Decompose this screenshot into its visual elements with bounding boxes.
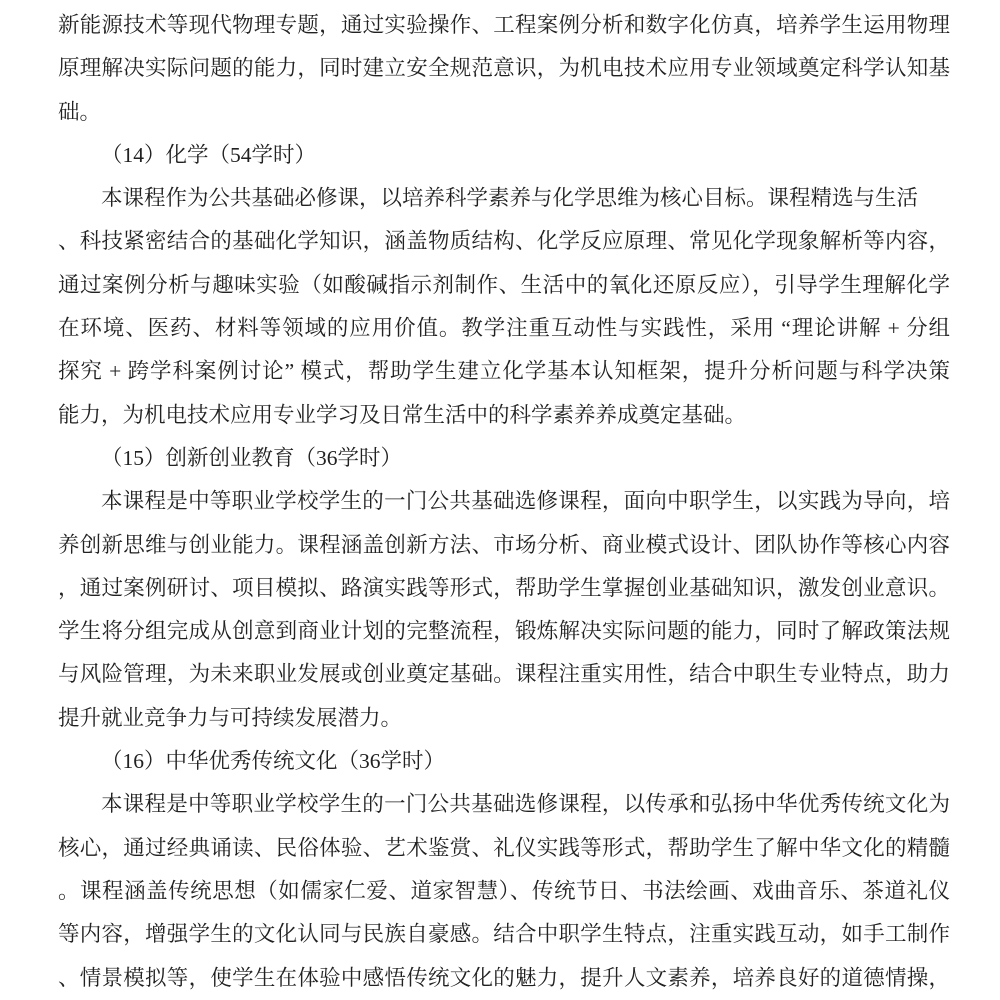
- heading-chemistry-course-line: （14）化学（54学时）: [58, 134, 950, 177]
- paragraph-innovation-entrepreneurship-course-line: 与风险管理，为未来职业发展或创业奠定基础。课程注重实用性，结合中职生专业特点，助…: [58, 653, 950, 696]
- paragraph-traditional-culture-course-line: 本课程是中等职业学校学生的一门公共基础选修课程，以传承和弘扬中华优秀传统文化为: [58, 783, 950, 826]
- paragraph-chemistry-course-line: 、科技紧密结合的基础化学知识，涵盖物质结构、化学反应原理、常见化学现象解析等内容…: [58, 220, 950, 263]
- paragraph-chemistry-course-line: 在环境、医药、材料等领域的应用价值。教学注重互动性与实践性，采用 “理论讲解 +…: [58, 307, 950, 350]
- paragraph-innovation-entrepreneurship-course-line: 本课程是中等职业学校学生的一门公共基础选修课程，面向中职学生，以实践为导向，培: [58, 480, 950, 523]
- paragraph-chemistry-course-line: 通过案例分析与趣味实验（如酸碱指示剂制作、生活中的氧化还原反应），引导学生理解化…: [58, 264, 950, 307]
- paragraph-innovation-entrepreneurship-course-line: ，通过案例研讨、项目模拟、路演实践等形式，帮助学生掌握创业基础知识，激发创业意识…: [58, 567, 950, 610]
- paragraph-traditional-culture-course-line: 、情景模拟等，使学生在体验中感悟传统文化的魅力，提升人文素养，培养良好的道德情操…: [58, 957, 950, 1000]
- heading-traditional-culture-course-line: （16）中华优秀传统文化（36学时）: [58, 740, 950, 783]
- paragraph-chemistry-course-line: 本课程作为公共基础必修课，以培养科学素养与化学思维为核心目标。课程精选与生活: [58, 177, 950, 220]
- paragraph-traditional-culture-course-line: 等内容，增强学生的文化认同与民族自豪感。结合中职学生特点，注重实践互动，如手工制…: [58, 913, 950, 956]
- document-text: 新能源技术等现代物理专题，通过实验操作、工程案例分析和数字化仿真，培养学生运用物…: [58, 4, 950, 1000]
- paragraph-physics-continuation-line: 原理解决实际问题的能力，同时建立安全规范意识，为机电技术应用专业领域奠定科学认知…: [58, 47, 950, 90]
- paragraph-chemistry-course-line: 能力，为机电技术应用专业学习及日常生活中的科学素养养成奠定基础。: [58, 394, 950, 437]
- document-page: 新能源技术等现代物理专题，通过实验操作、工程案例分析和数字化仿真，培养学生运用物…: [0, 0, 1000, 1000]
- paragraph-physics-continuation-line: 础。: [58, 91, 950, 134]
- paragraph-chemistry-course-line: 探究 + 跨学科案例讨论” 模式，帮助学生建立化学基本认知框架，提升分析问题与科…: [58, 350, 950, 393]
- paragraph-traditional-culture-course-line: 核心，通过经典诵读、民俗体验、艺术鉴赏、礼仪实践等形式，帮助学生了解中华文化的精…: [58, 827, 950, 870]
- paragraph-innovation-entrepreneurship-course-line: 学生将分组完成从创意到商业计划的完整流程，锻炼解决实际问题的能力，同时了解政策法…: [58, 610, 950, 653]
- paragraph-traditional-culture-course-line: 。课程涵盖传统思想（如儒家仁爱、道家智慧）、传统节日、书法绘画、戏曲音乐、茶道礼…: [58, 870, 950, 913]
- heading-innovation-entrepreneurship-course-line: （15）创新创业教育（36学时）: [58, 437, 950, 480]
- paragraph-physics-continuation-line: 新能源技术等现代物理专题，通过实验操作、工程案例分析和数字化仿真，培养学生运用物…: [58, 4, 950, 47]
- paragraph-innovation-entrepreneurship-course-line: 提升就业竞争力与可持续发展潜力。: [58, 697, 950, 740]
- paragraph-innovation-entrepreneurship-course-line: 养创新思维与创业能力。课程涵盖创新方法、市场分析、商业模式设计、团队协作等核心内…: [58, 524, 950, 567]
